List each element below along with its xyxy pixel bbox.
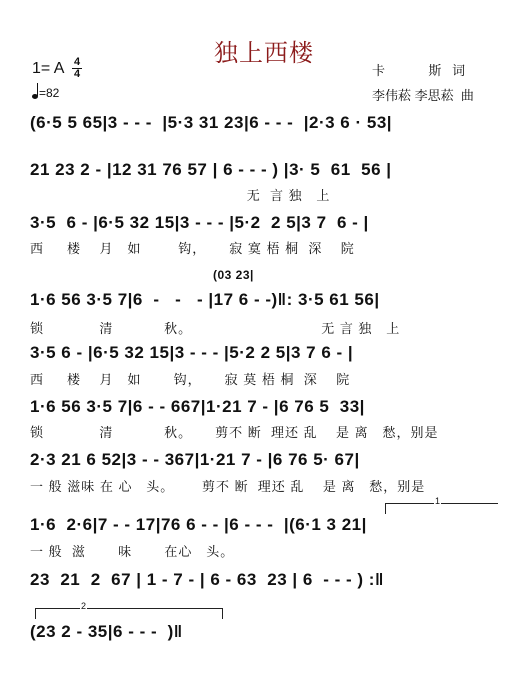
volta-label-1: 1 xyxy=(434,496,441,506)
credits: 卡 斯 词 李伟菘 李思菘 曲 xyxy=(372,58,474,108)
staff-row-6: 1·6 56 3·5 7|6 - - 667|1·21 7 - |6 76 5 … xyxy=(30,397,365,417)
staff-row-9: 23 21 2 67 | 1 - 7 - | 6 - 63 23 | 6 - -… xyxy=(30,570,384,590)
staff-row-4: 1·6 56 3·5 7|6 - - - |17 6 - -)‖: 3·5 61… xyxy=(30,290,380,310)
staff-row-10: (23 2 - 35|6 - - - )‖ xyxy=(30,622,183,642)
volta-bracket-1: 1 xyxy=(385,503,498,514)
staff-row-7: 2·3 21 6 52|3 - - 367|1·21 7 - |6 76 5· … xyxy=(30,450,360,470)
staff-row-3: 3·5 6 - |6·5 32 15|3 - - - |5·2 2 5|3 7 … xyxy=(30,213,369,233)
lyrics-row-8: 一 般 滋 味 在心 头。 xyxy=(30,541,234,560)
staff-row-8: 1·6 2·6|7 - - 17|76 6 - - |6 - - - |(6·1… xyxy=(30,515,367,535)
volta-bracket-2: 2 xyxy=(35,608,223,619)
time-denominator: 4 xyxy=(72,69,82,79)
pickup-measure: (03 23| xyxy=(213,268,254,282)
time-signature: 4 4 xyxy=(72,57,82,79)
lyricist-line: 卡 斯 词 xyxy=(372,58,474,83)
key-signature: 1= A xyxy=(32,60,64,78)
staff-row-5: 3·5 6 - |6·5 32 15|3 - - - |5·2 2 5|3 7 … xyxy=(30,343,353,363)
lyrics-row-7: 一 般 滋味 在 心 头。 剪不 断 理还 乱 是 离 愁，别是 xyxy=(30,476,425,495)
lyrics-row-5: 西 楼 月 如 钩， 寂 莫 梧 桐 深 院 xyxy=(30,369,350,388)
quarter-note-icon xyxy=(32,86,39,100)
lyrics-row-4: 锁 清 秋。 无 言 独 上 xyxy=(30,318,400,337)
volta-label-2: 2 xyxy=(80,601,87,611)
time-numerator: 4 xyxy=(72,57,82,67)
lyrics-row-6: 锁 清 秋。 剪不 断 理还 乱 是 离 愁，别是 xyxy=(30,422,438,441)
composer-line: 李伟菘 李思菘 曲 xyxy=(372,83,474,108)
staff-row-2: 21 23 2 - |12 31 76 57 | 6 - - - ) |3· 5… xyxy=(30,160,392,180)
staff-row-1: (6·5 5 65|3 - - - |5·3 31 23|6 - - - |2·… xyxy=(30,113,392,133)
lyrics-row-3: 西 楼 月 如 钩， 寂 寞 梧 桐 深 院 xyxy=(30,238,355,257)
lyrics-row-2: 无 言 独 上 xyxy=(30,185,330,204)
tempo-value: =82 xyxy=(39,86,59,100)
tempo-marking: =82 xyxy=(32,84,59,100)
